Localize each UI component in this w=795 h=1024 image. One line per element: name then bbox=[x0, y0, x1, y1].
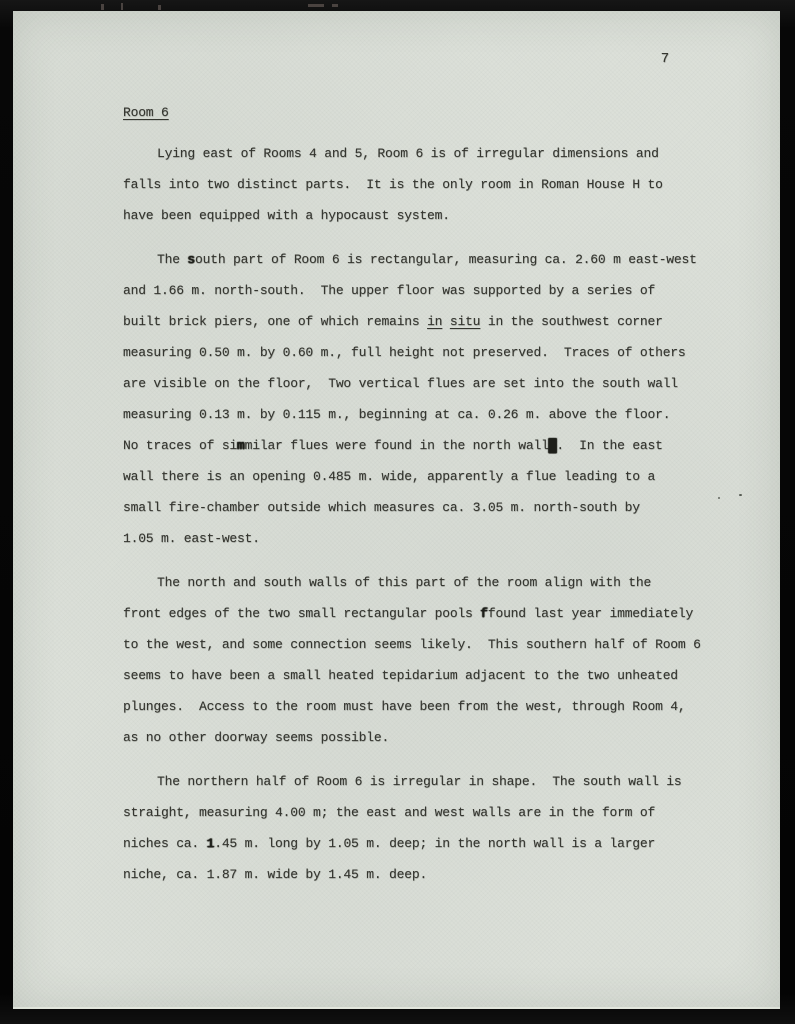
film-edge-mark bbox=[308, 4, 324, 7]
paragraph: Lying east of Rooms 4 and 5, Room 6 is o… bbox=[123, 138, 743, 231]
document-body: Room 6 Lying east of Rooms 4 and 5, Room… bbox=[123, 102, 743, 903]
text-line: as no other doorway seems possible. bbox=[123, 722, 743, 753]
underlined-text: situ bbox=[450, 314, 480, 329]
text-line: seems to have been a small heated tepida… bbox=[123, 660, 743, 691]
text-line: front edges of the two small rectangular… bbox=[123, 598, 743, 629]
text-line: built brick piers, one of which remains … bbox=[123, 306, 743, 337]
text-line: Lying east of Rooms 4 and 5, Room 6 is o… bbox=[123, 138, 743, 169]
page-number: 7 bbox=[653, 51, 677, 67]
text-line: No traces of simmilar flues were found i… bbox=[123, 430, 743, 461]
text-line: to the west, and some connection seems l… bbox=[123, 629, 743, 660]
text-line: 1.05 m. east-west. bbox=[123, 523, 743, 554]
overstruck-char: f bbox=[480, 606, 488, 621]
paragraph: The northern half of Room 6 is irregular… bbox=[123, 766, 743, 890]
film-edge-mark bbox=[121, 3, 123, 10]
text-line: The northern half of Room 6 is irregular… bbox=[123, 766, 743, 797]
text-line: and 1.66 m. north-south. The upper floor… bbox=[123, 275, 743, 306]
text-line: niches ca. 1.45 m. long by 1.05 m. deep;… bbox=[123, 828, 743, 859]
paragraphs-container: Lying east of Rooms 4 and 5, Room 6 is o… bbox=[123, 138, 743, 890]
overstruck-char: m bbox=[237, 438, 245, 453]
text-line: The north and south walls of this part o… bbox=[123, 567, 743, 598]
text-line: falls into two distinct parts. It is the… bbox=[123, 169, 743, 200]
text-line: The south part of Room 6 is rectangular,… bbox=[123, 244, 743, 275]
overstruck-char: 1 bbox=[207, 836, 215, 851]
paper-speck bbox=[718, 497, 720, 499]
text-line: have been equipped with a hypocaust syst… bbox=[123, 200, 743, 231]
overstruck-char: s bbox=[187, 252, 195, 267]
film-edge-mark bbox=[158, 5, 161, 10]
text-line: are visible on the floor, Two vertical f… bbox=[123, 368, 743, 399]
overstruck-char: █ bbox=[549, 438, 557, 453]
text-line: measuring 0.50 m. by 0.60 m., full heigh… bbox=[123, 337, 743, 368]
text-line: straight, measuring 4.00 m; the east and… bbox=[123, 797, 743, 828]
photo-border: 7 Room 6 Lying east of Rooms 4 and 5, Ro… bbox=[0, 0, 795, 1024]
text-line: measuring 0.13 m. by 0.115 m., beginning… bbox=[123, 399, 743, 430]
paragraph: The south part of Room 6 is rectangular,… bbox=[123, 244, 743, 554]
section-heading: Room 6 bbox=[123, 102, 743, 124]
underlined-text: in bbox=[427, 314, 442, 329]
text-line: small fire-chamber outside which measure… bbox=[123, 492, 743, 523]
film-edge-mark bbox=[332, 4, 338, 7]
document-page: 7 Room 6 Lying east of Rooms 4 and 5, Ro… bbox=[13, 11, 780, 1009]
paragraph: The north and south walls of this part o… bbox=[123, 567, 743, 753]
paper-speck bbox=[739, 494, 742, 496]
text-line: wall there is an opening 0.485 m. wide, … bbox=[123, 461, 743, 492]
text-line: niche, ca. 1.87 m. wide by 1.45 m. deep. bbox=[123, 859, 743, 890]
text-line: plunges. Access to the room must have be… bbox=[123, 691, 743, 722]
film-edge-mark bbox=[101, 4, 104, 10]
